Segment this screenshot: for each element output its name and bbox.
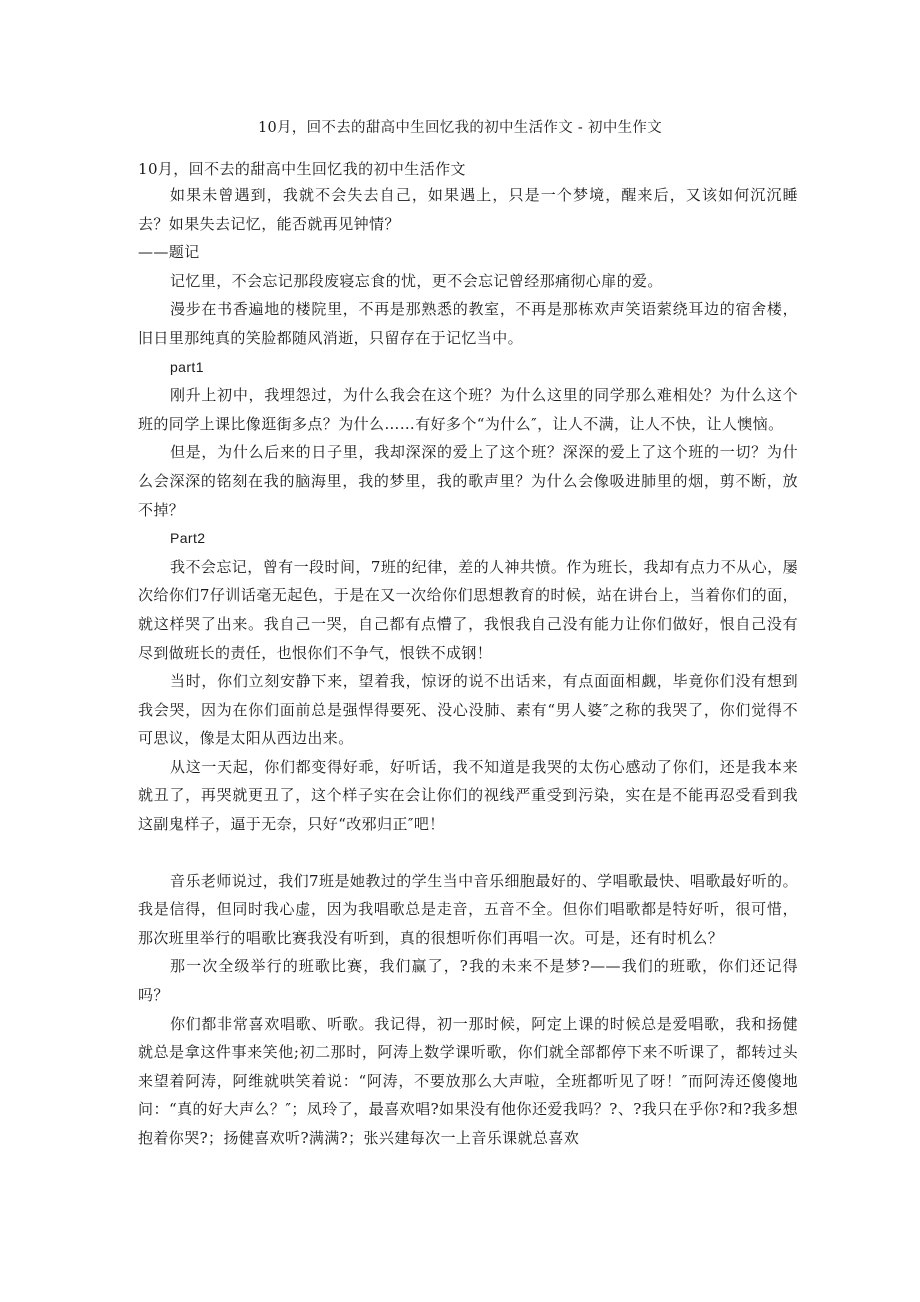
paragraph-intro: 如果未曾遇到，我就不会失去自己，如果遇上，只是一个梦境，醒来后，又该如何沉沉睡去…: [138, 181, 798, 238]
paragraph: 那一次全级举行的班歌比赛，我们赢了，?我的未来不是梦?——我们的班歌，你们还记得…: [138, 952, 798, 1009]
document-body: 10月，回不去的甜高中生回忆我的初中生活作文 如果未曾遇到，我就不会失去自己，如…: [138, 157, 798, 1153]
paragraph: 刚升上初中，我埋怨过，为什么我会在这个班？为什么这里的同学那么难相处？为什么这个…: [138, 381, 798, 438]
paragraph: 从这一天起，你们都变得好乖，好听话，我不知道是我哭的太伤心感动了你们，还是我本来…: [138, 753, 798, 839]
blank-line: [138, 839, 798, 867]
paragraph: 但是，为什么后来的日子里，我却深深的爱上了这个班？深深的爱上了这个班的一切？为什…: [138, 438, 798, 524]
section-heading-part1: part1: [138, 353, 798, 382]
paragraph: 你们都非常喜欢唱歌、听歌。我记得，初一那时候，阿定上课的时候总是爱唱歌，我和扬健…: [138, 1010, 798, 1153]
paragraph: 我不会忘记，曾有一段时间，7班的纪律，差的人神共愤。作为班长，我却有点力不从心，…: [138, 553, 798, 667]
article-title: 10月，回不去的甜高中生回忆我的初中生活作文: [138, 157, 798, 181]
document-header-title: 10月，回不去的甜高中生回忆我的初中生活作文 - 初中生作文: [138, 118, 782, 138]
paragraph: 漫步在书香遍地的楼院里，不再是那熟悉的教室，不再是那栋欢声笑语萦绕耳边的宿舍楼，…: [138, 295, 798, 352]
epigraph-label: ——题记: [138, 238, 798, 267]
paragraph: 记忆里，不会忘记那段废寝忘食的忧，更不会忘记曾经那痛彻心扉的爱。: [138, 267, 798, 296]
section-heading-part2: Part2: [138, 524, 798, 553]
paragraph: 当时，你们立刻安静下来，望着我，惊讶的说不出话来，有点面面相觑，毕竟你们没有想到…: [138, 667, 798, 753]
paragraph: 音乐老师说过，我们7班是她教过的学生当中音乐细胞最好的、学唱歌最快、唱歌最好听的…: [138, 867, 798, 953]
